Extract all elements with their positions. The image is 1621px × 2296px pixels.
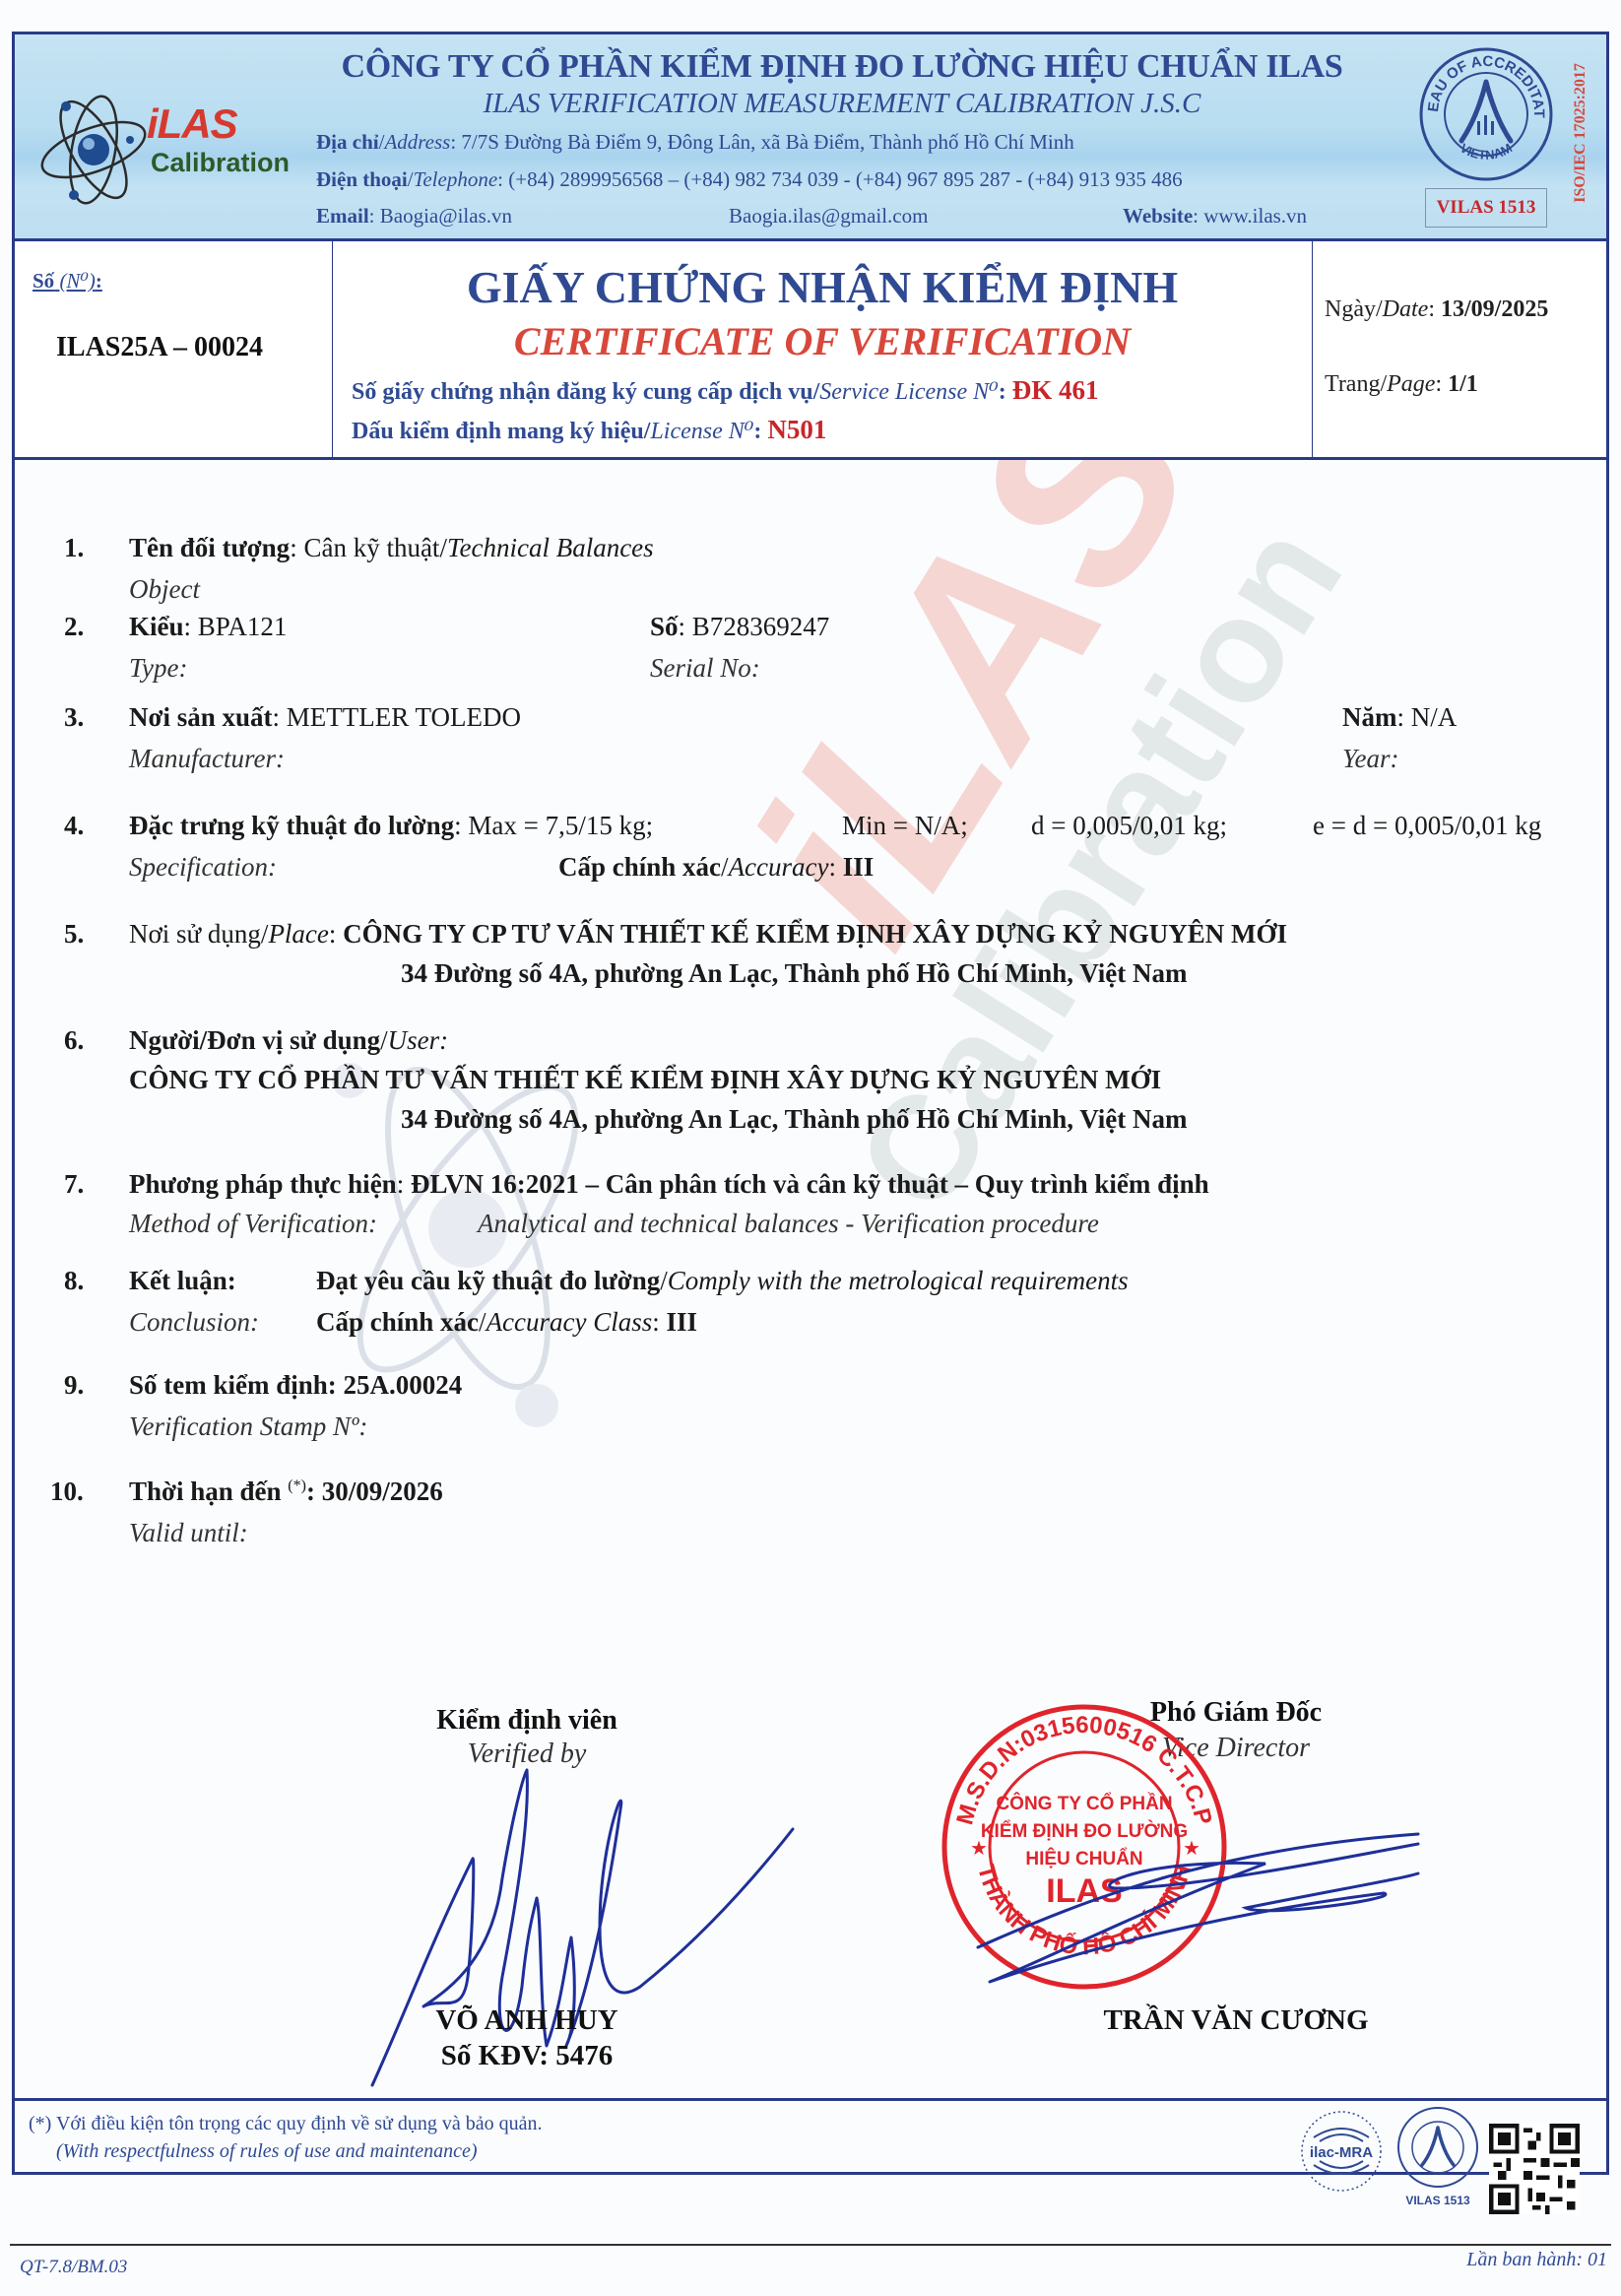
issue-date: Ngày/Date: 13/09/2025	[1325, 296, 1548, 323]
item-serial-label-en: Serial No:	[650, 653, 760, 684]
certificate-title-vn: GIẤY CHỨNG NHẬN KIỂM ĐỊNH	[333, 261, 1312, 313]
cert-number: ILAS25A – 00024	[56, 332, 263, 363]
method-value-en: Analytical and technical balances - Veri…	[478, 1209, 1099, 1239]
page-number: Trang/Page: 1/1	[1325, 371, 1478, 398]
verifier-title: Kiểm định viên	[340, 1705, 714, 1737]
place-address: 34 Đường số 4A, phường An Lạc, Thành phố…	[401, 958, 1188, 989]
form-code: QT-7.8/BM.03	[20, 2257, 127, 2278]
bureau-of-accreditation-icon: BUREAU OF ACCREDITATION VIETNAM	[1416, 44, 1556, 184]
verifier-id: Số KĐV: 5476	[340, 2040, 714, 2072]
spec-accuracy: Cấp chính xác/Accuracy: III	[558, 852, 874, 883]
ilas-logo: iLAS Calibration	[36, 89, 312, 207]
company-name-en: ILAS VERIFICATION MEASUREMENT CALIBRATIO…	[300, 88, 1384, 120]
item-manufacturer-label-en: Manufacturer:	[129, 744, 285, 774]
certificate-frame: iLAS Calibration CÔNG TY CỔ PHẦN KIỂM ĐỊ…	[12, 32, 1609, 2175]
svg-text:VIETNAM: VIETNAM	[1458, 140, 1515, 163]
company-website[interactable]: Website: www.ilas.vn	[1123, 204, 1307, 229]
item-serial: Số: B728369247	[650, 612, 829, 642]
ilac-mra-icon: ilac-MRA	[1300, 2110, 1383, 2193]
company-email[interactable]: Email: Baogia@ilas.vn	[316, 204, 512, 229]
director-signature	[970, 1819, 1423, 2016]
qr-code[interactable]	[1489, 2124, 1580, 2214]
logo-subtitle: Calibration	[151, 148, 290, 178]
mark-license: Dấu kiểm định mang ký hiệu/License N⁰: N…	[352, 415, 826, 445]
verifier-name: VÕ ANH HUY	[340, 2004, 714, 2037]
iso-standard-label: ISO/IEC 17025:2017	[1572, 63, 1589, 203]
spec-d: d = 0,005/0,01 kg;	[1031, 811, 1227, 841]
item-type-label-en: Type:	[129, 653, 187, 684]
company-email-2[interactable]: Baogia.ilas@gmail.com	[729, 204, 928, 229]
service-license: Số giấy chứng nhận đăng ký cung cấp dịch…	[352, 375, 1099, 406]
watermark-ilas: iLAS	[694, 460, 1253, 990]
conclusion-accuracy-class: Cấp chính xác/Accuracy Class: III	[316, 1307, 697, 1338]
footnote-vn: (*) Với điều kiện tôn trọng các quy định…	[29, 2113, 543, 2135]
director-name: TRẦN VĂN CƯƠNG	[1059, 2004, 1413, 2037]
title-band: Số (N⁰): ILAS25A – 00024 GIẤY CHỨNG NHẬN…	[15, 241, 1606, 460]
user-name: CÔNG TY CỔ PHẦN TƯ VẤN THIẾT KẾ KIỂM ĐỊN…	[129, 1065, 1161, 1095]
letterhead: iLAS Calibration CÔNG TY CỔ PHẦN KIỂM ĐỊ…	[15, 34, 1606, 241]
conclusion-value: Đạt yêu cầu kỹ thuật đo lường/Comply wit…	[316, 1266, 1129, 1296]
certificate-number-cell: Số (N⁰): ILAS25A – 00024	[15, 241, 333, 457]
spec-e: e = d = 0,005/0,01 kg	[1313, 811, 1541, 841]
valid-until-label-en: Valid until:	[129, 1518, 248, 1548]
svg-text:ilac-MRA: ilac-MRA	[1310, 2144, 1373, 2161]
company-name-vn: CÔNG TY CỔ PHẦN KIỂM ĐỊNH ĐO LƯỜNG HIỆU …	[300, 48, 1384, 86]
logo-brand: iLAS	[147, 100, 237, 148]
item-specification-label-en: Specification:	[129, 852, 277, 883]
certificate-title-en: CERTIFICATE OF VERIFICATION	[333, 318, 1312, 364]
svg-text:CÔNG TY CỔ PHẦN: CÔNG TY CỔ PHẦN	[996, 1793, 1172, 1814]
atom-icon	[36, 89, 155, 207]
bottom-rule	[10, 2244, 1611, 2246]
item-year: Năm: N/A	[1342, 702, 1457, 733]
cert-number-label: Số (N⁰):	[32, 269, 102, 294]
bureau-of-accreditation-footer-icon: VILAS 1513	[1393, 2106, 1483, 2208]
footnote-en: (With respectfulness of rules of use and…	[56, 2140, 478, 2163]
user-address: 34 Đường số 4A, phường An Lạc, Thành phố…	[401, 1104, 1188, 1135]
svg-text:VILAS 1513: VILAS 1513	[1405, 2194, 1470, 2207]
spec-min: Min = N/A;	[842, 811, 968, 841]
date-page-cell: Ngày/Date: 13/09/2025 Trang/Page: 1/1	[1312, 241, 1612, 457]
company-address: Địa chỉ/Address: 7/7S Đường Bà Điểm 9, Đ…	[316, 130, 1074, 155]
item-year-label-en: Year:	[1342, 744, 1399, 774]
item-object-label-en: Object	[129, 574, 200, 605]
stamp-label-en: Verification Stamp Nº:	[129, 1411, 367, 1442]
issue-number: Lần ban hành: 01	[1466, 2249, 1607, 2271]
conclusion-label-en: Conclusion:	[129, 1307, 259, 1338]
certificate-body: iLAS Calibration 1. Tên đối tượng: Cân k…	[15, 460, 1606, 2098]
method-label-en: Method of Verification:	[129, 1209, 377, 1239]
company-phones: Điện thoại/Telephone: (+84) 2899956568 –…	[316, 167, 1183, 192]
vilas-badge: VILAS 1513	[1425, 188, 1547, 228]
